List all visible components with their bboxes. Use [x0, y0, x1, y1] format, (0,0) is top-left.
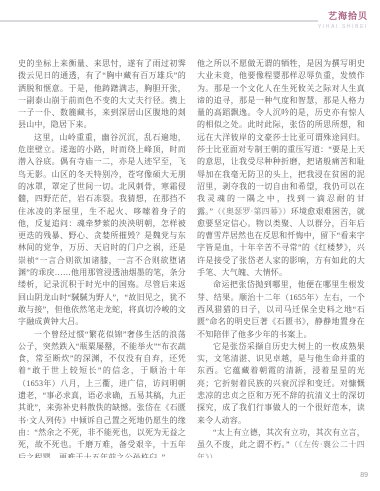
paragraph: 这里，山岭重重，幽谷沉沉，乱石遍地，危崖壁立。逶迤的小路，时而绕上峰顶，时而潜入…: [18, 132, 186, 329]
magazine-page: 艺海拾贝 YIHAI SHIBEI 史的坐标上来衡量、来思忖，遂有了雨过初霁拨云…: [0, 0, 380, 491]
paragraph: 一个曾经过惯“繁花似锦”奢侈生活的浪荡公子，突然跌入“瓶粟屡罄，不能举火”“布衣…: [18, 329, 186, 458]
column-right: 他之所以不愿做无谓的牺牲，是因为撰写明史大业未竟，他要像程婴那样忍辱负重，发愤作…: [197, 58, 365, 458]
section-pinyin: YIHAI SHIBEI: [318, 24, 368, 30]
column-left: 史的坐标上来衡量、来思忖，遂有了雨过初霁拨云见日的通透，有了“胸中藏有百万雄兵”…: [18, 58, 186, 458]
paragraph-text: 环境愈艰难困苦，就愈要坚定信心。物以类聚、人以群分，百年后的曹雪芹居然也在反思和…: [197, 207, 365, 277]
article-body: 史的坐标上来衡量、来思忖，遂有了雨过初霁拨云见日的通透，有了“胸中藏有百万雄兵”…: [18, 58, 365, 458]
page-number: 89: [360, 472, 368, 479]
paragraph: 命运把张岱抛到哪里，他便在哪里生根发芽、结果。顺治十二年（1655年）左右，一个…: [197, 279, 365, 340]
paragraph: 史的坐标上来衡量、来思忖，遂有了雨过初霁拨云见日的通透，有了“胸中藏有百万雄兵”…: [18, 58, 186, 132]
citation: （《奥瑟罗·第四幕》）: [213, 207, 291, 216]
paragraph-text: 他之所以不愿做无谓的牺牲，是因为撰写明史大业未竟，他要像程婴那样忍辱负重，发愤作…: [197, 59, 365, 216]
header-rule: [0, 20, 318, 22]
paragraph: 它是张岱采撷自历史大树上的一枚成熟果实，文笔清湛、识见卓越，是与他生命并重的东西…: [197, 341, 365, 427]
paragraph: 他之所以不愿做无谓的牺牲，是因为撰写明史大业未竟，他要像程婴那样忍辱负重，发愤作…: [197, 58, 365, 279]
section-title: 艺海拾贝: [328, 9, 368, 22]
paragraph: “太上有立德，其次有立功，其次有立言，虽久不废，此之谓不朽。”（《左传·襄公二十…: [197, 427, 365, 458]
